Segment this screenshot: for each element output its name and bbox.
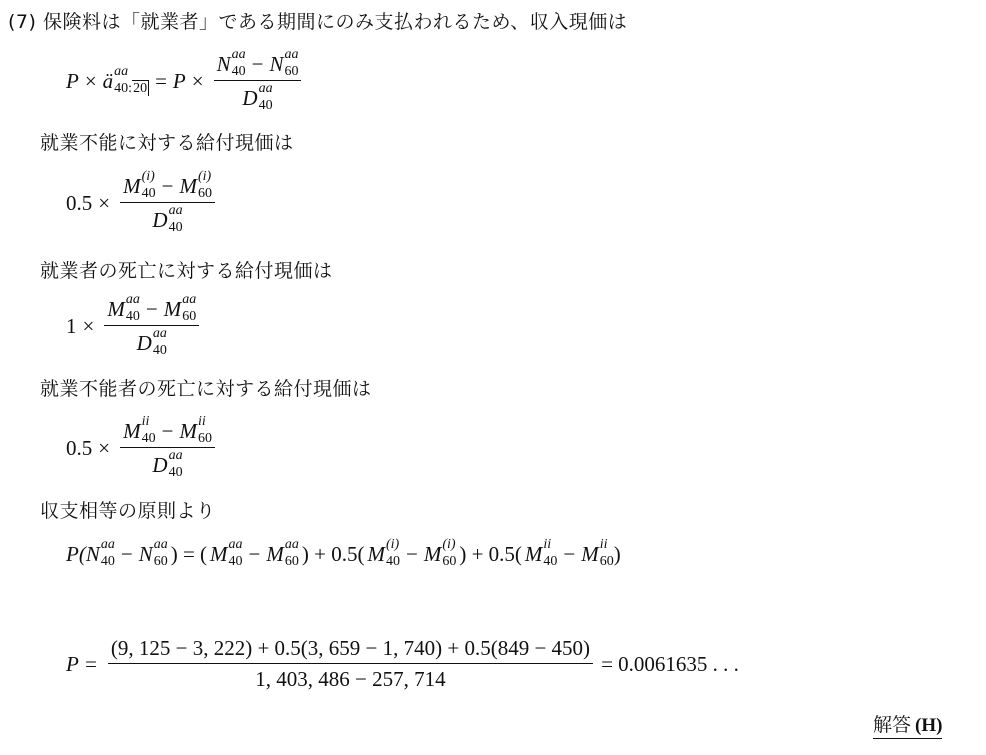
var-p: P [173, 69, 186, 94]
annuity-symbol: ä aa 40:20 [103, 67, 149, 95]
fraction: (9, 125 − 3, 222) + 0.5(3, 659 − 1, 740)… [108, 636, 593, 692]
section-label: 就業不能に対する給付現価は [40, 128, 294, 155]
disability-benefit-equation: 0.5 × M(i)40 − M(i)60 Daa40 [66, 172, 219, 234]
times: × [98, 191, 110, 216]
times: × [83, 314, 95, 339]
coefficient: 1 [66, 314, 77, 339]
section-label: 収支相等の原則より [40, 496, 216, 523]
equivalence-principle-equation: P( Naa40 − Naa60 ) = ( Maa40 − Maa60 ) +… [66, 540, 621, 568]
fraction: Naa40 − Naa60 Daa40 [214, 50, 302, 112]
fraction: M(i)40 − M(i)60 Daa40 [120, 172, 215, 234]
denominator: 1, 403, 486 − 257, 714 [255, 664, 445, 692]
income-present-value-equation: P × ä aa 40:20 = P × Naa40 − Naa60 Daa40 [66, 50, 305, 112]
disabled-death-benefit-equation: 0.5 × Mii40 − Mii60 Daa40 [66, 417, 219, 479]
coefficient: 0.5 [66, 436, 92, 461]
fraction: Mii40 − Mii60 Daa40 [120, 417, 215, 479]
equals: = [155, 69, 167, 94]
answer-choice: (H) [915, 715, 942, 736]
times: × [85, 69, 97, 94]
numerator: (9, 125 − 3, 222) + 0.5(3, 659 − 1, 740)… [108, 636, 593, 664]
times: × [98, 436, 110, 461]
section-label: 就業不能者の死亡に対する給付現価は [40, 374, 372, 401]
section-label: 就業者の死亡に対する給付現価は [40, 256, 333, 283]
term-angle: 20 [132, 80, 149, 96]
annuity-a: ä [103, 69, 114, 94]
sup: aa [114, 65, 149, 79]
lhs: P = [66, 652, 98, 677]
answer: 解答(H) [873, 710, 942, 739]
times: × [192, 69, 204, 94]
result: = 0.0061635 . . . [601, 652, 739, 677]
coefficient: 0.5 [66, 191, 92, 216]
premium-result-equation: P = (9, 125 − 3, 222) + 0.5(3, 659 − 1, … [66, 636, 739, 692]
answer-label: 解答 [873, 714, 911, 736]
var-p: P [66, 69, 79, 94]
problem-heading: (7) 保険料は「就業者」である期間にのみ支払われるため、収入現価は [8, 7, 627, 34]
sub: 40:20 [114, 82, 149, 96]
active-death-benefit-equation: 1 × Maa40 − Maa60 Daa40 [66, 295, 203, 357]
problem-text: 保険料は「就業者」である期間にのみ支払われるため、収入現価は [43, 11, 627, 33]
problem-number: (7) [8, 11, 36, 33]
fraction: Maa40 − Maa60 Daa40 [104, 295, 199, 357]
